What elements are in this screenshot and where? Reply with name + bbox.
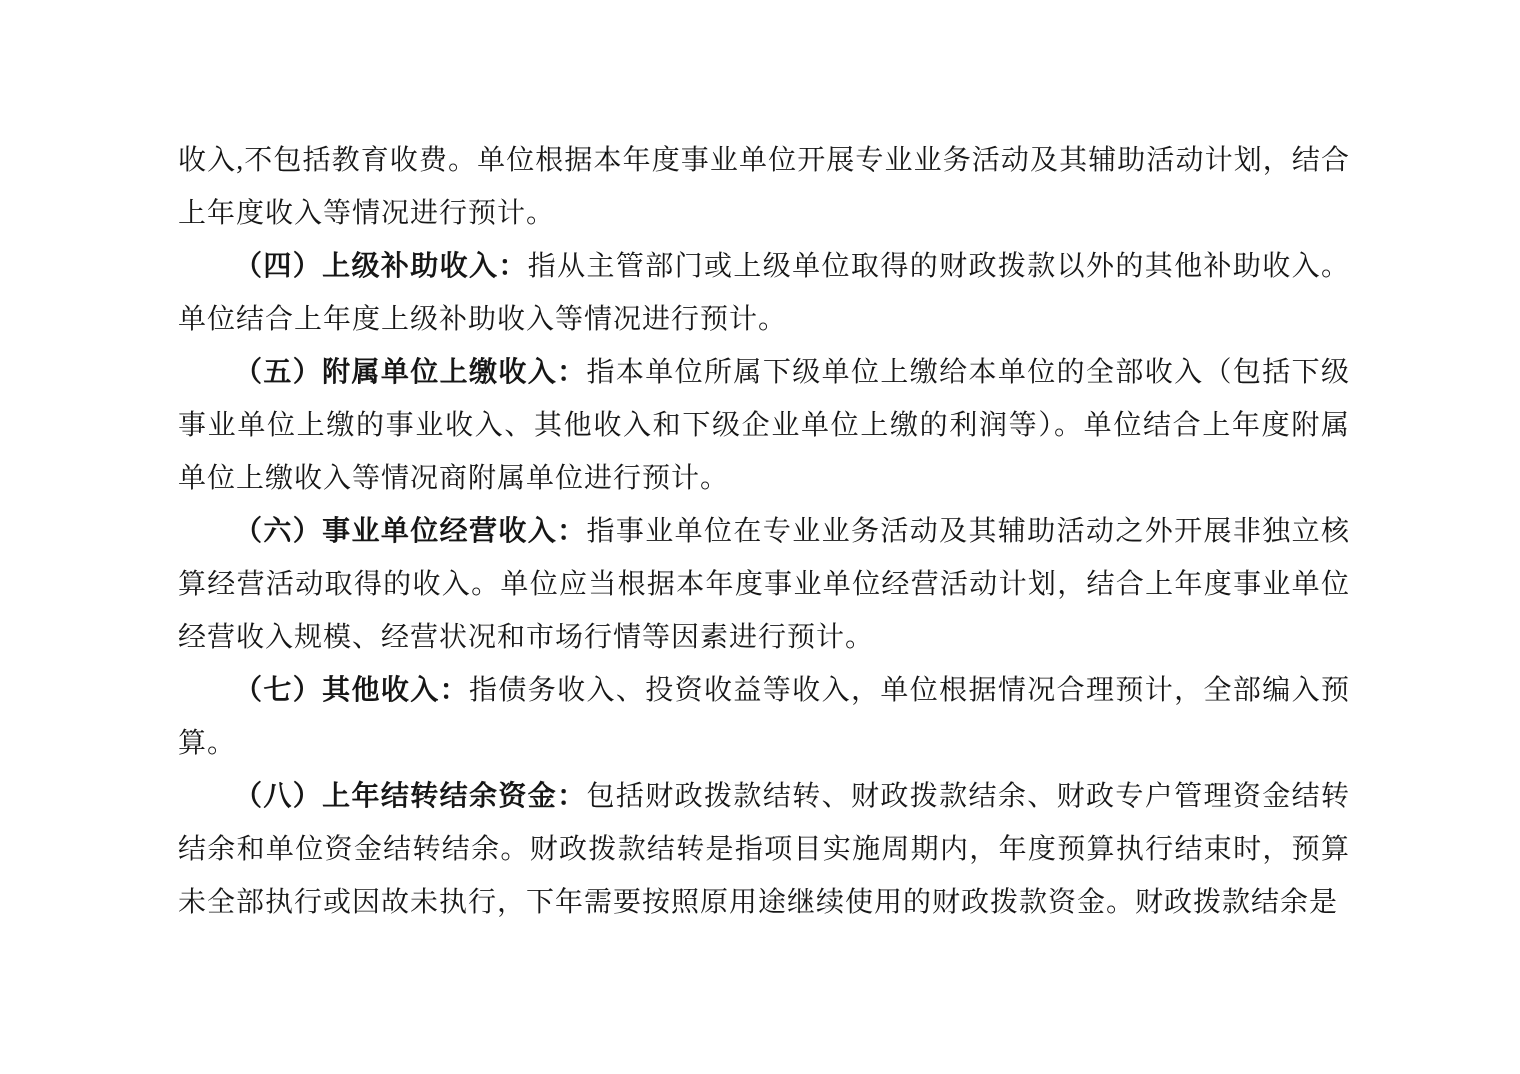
paragraph-continuation-body: 收入,不包括教育收费。单位根据本年度事业单位开展专业业务活动及其辅助活动计划，结…: [178, 145, 1350, 229]
paragraph-item-5: （五）附属单位上缴收入：指本单位所属下级单位上缴给本单位的全部收入（包括下级事业…: [178, 346, 1350, 505]
paragraph-item-6-lead: （六）事业单位经营收入：: [234, 516, 587, 547]
paragraph-item-8: （八）上年结转结余资金：包括财政拨款结转、财政拨款结余、财政专户管理资金结转结余…: [178, 770, 1350, 929]
paragraph-item-7: （七）其他收入：指债务收入、投资收益等收入，单位根据情况合理预计，全部编入预算。: [178, 664, 1350, 770]
paragraph-item-4-lead: （四）上级补助收入：: [234, 251, 528, 282]
document-page: 收入,不包括教育收费。单位根据本年度事业单位开展专业业务活动及其辅助活动计划，结…: [0, 0, 1520, 1074]
paragraph-item-7-lead: （七）其他收入：: [234, 675, 469, 706]
paragraph-item-5-lead: （五）附属单位上缴收入：: [234, 357, 587, 388]
paragraph-item-4: （四）上级补助收入：指从主管部门或上级单位取得的财政拨款以外的其他补助收入。单位…: [178, 240, 1350, 346]
paragraph-item-8-lead: （八）上年结转结余资金：: [234, 781, 587, 812]
paragraph-continuation: 收入,不包括教育收费。单位根据本年度事业单位开展专业业务活动及其辅助活动计划，结…: [178, 134, 1350, 240]
paragraph-item-6: （六）事业单位经营收入：指事业单位在专业业务活动及其辅助活动之外开展非独立核算经…: [178, 505, 1350, 664]
